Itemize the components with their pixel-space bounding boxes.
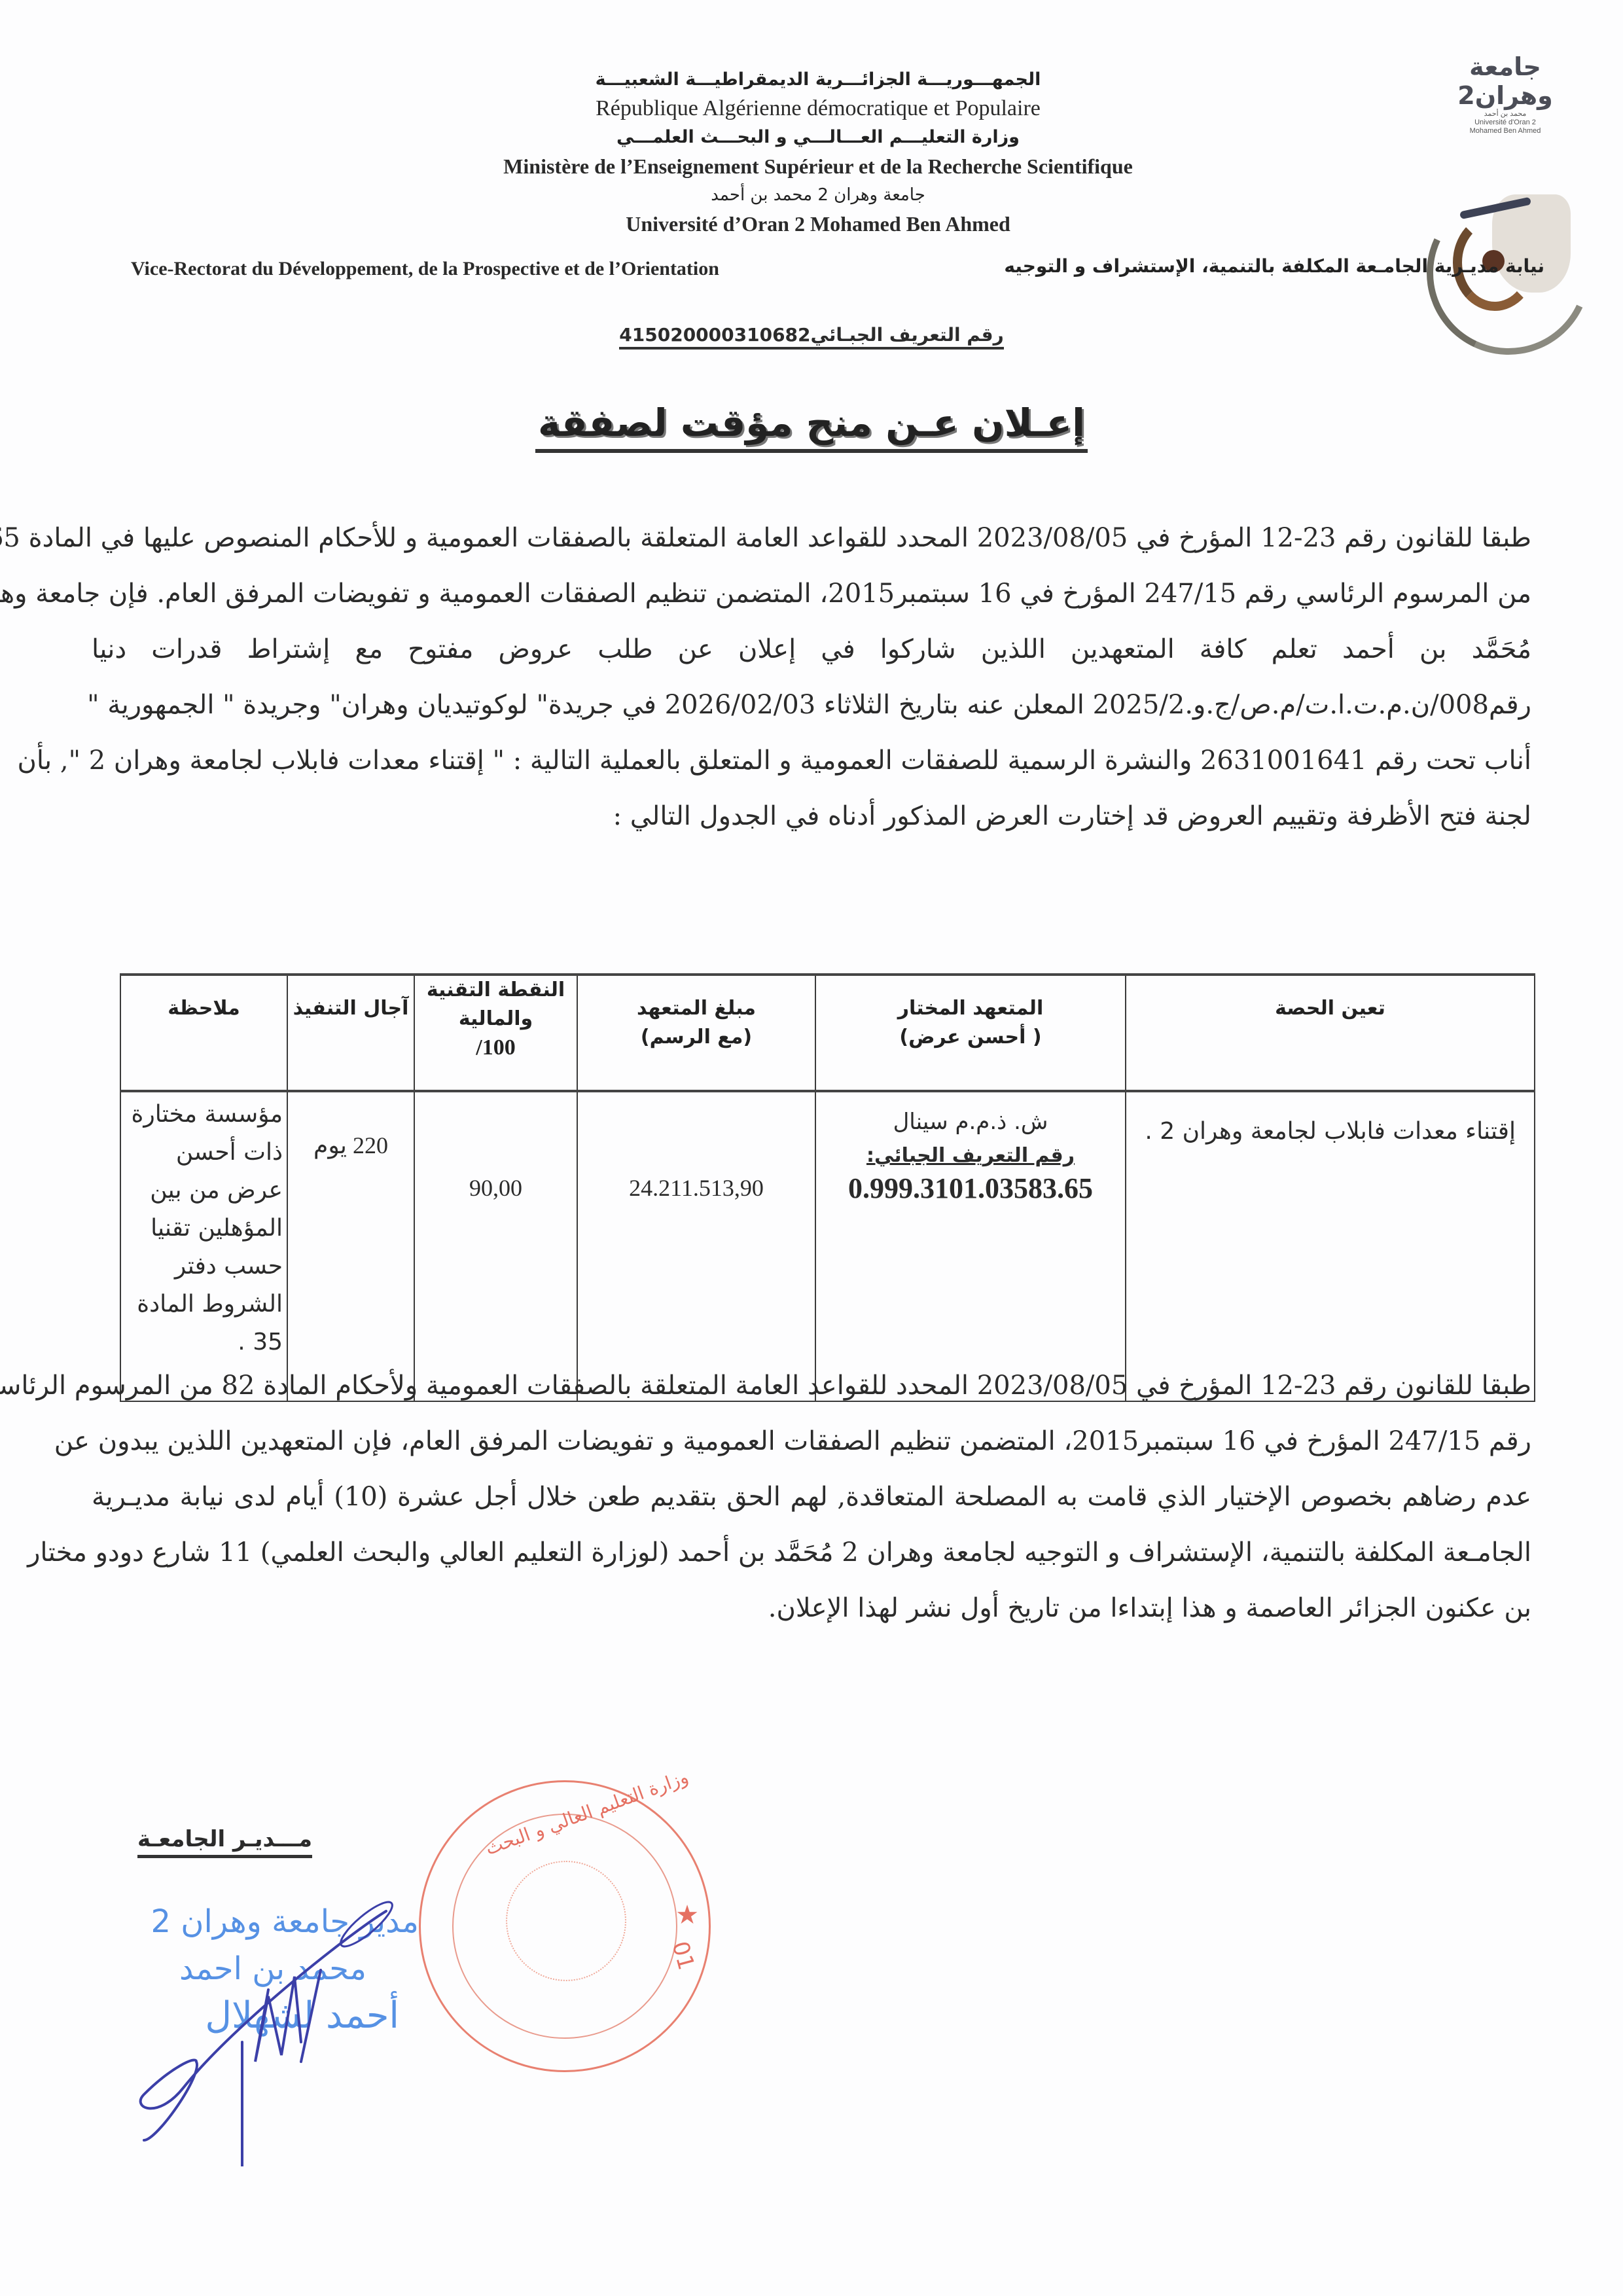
bidder-nif: 0.999.3101.03583.65: [817, 1172, 1124, 1206]
header-score: النقطة التقنيةوالمالية100/: [414, 975, 577, 1091]
header-delay: آجال التنفيذ: [287, 975, 414, 1091]
republic-fr: République Algérienne démocratique et Po…: [366, 94, 1270, 123]
logo-sub-ar: محمد بن أحمد: [1420, 110, 1590, 118]
logo-title: جامعة وهران2: [1420, 52, 1590, 110]
paragraph-appeal: طبقا للقانون رقم 23-12 المؤرخ في 2023/08…: [92, 1358, 1531, 1636]
header-amount: مبلغ المتعهد(مع الرسم): [577, 975, 815, 1091]
seal-number: 01: [666, 1939, 699, 1973]
paragraph-line: لجنة فتح الأظرفة وتقييم العروض قد إختارت…: [92, 789, 1531, 844]
cell-note: مؤسسة مختارة ذات أحسن عرض من بين المؤهلي…: [120, 1091, 287, 1401]
ministry-ar: وزارة التعليـــم العـــالـــي و البحـــث…: [366, 123, 1270, 152]
cell-amount: 24.211.513,90: [577, 1091, 815, 1401]
award-table: تعين الحصة المتعهد المختار( أحسن عرض) مب…: [120, 973, 1535, 1402]
table-row: إقتناء معدات فابلاب لجامعة وهران 2 . ش. …: [120, 1091, 1535, 1401]
paragraph-line: الجامـعة المكلفة بالتنمية، الإستشراف و ا…: [92, 1525, 1531, 1581]
tax-id: رقم التعريف الجبـائي415020000310682: [0, 324, 1623, 346]
ministry-fr: Ministère de l’Enseignement Supérieur et…: [366, 152, 1270, 181]
star-icon: ★: [675, 1900, 699, 1930]
paragraph-line: رقم008/ن.م.ت.ا.ت/م.ص/ج.و.2025/2 المعلن ع…: [92, 677, 1531, 733]
tax-id-value: 415020000310682: [619, 324, 810, 350]
cell-delay: 220 يوم: [287, 1091, 414, 1401]
bidder-nif-label: رقم التعريف الجبائي:: [817, 1140, 1124, 1172]
handwritten-signature-icon: [105, 1892, 406, 2166]
university-logo: جامعة وهران2 محمد بن أحمد Université d'O…: [1420, 52, 1590, 249]
logo-sub-fr-2: Mohamed Ben Ahmed: [1420, 127, 1590, 135]
official-seal: وزارة التعليم العالي و البحث ★ 01: [419, 1780, 711, 2072]
vice-rectorate-ar: نيابة مديـرية الجامـعة المكلفة بالتنمية،…: [1004, 255, 1544, 277]
table-header-row: تعين الحصة المتعهد المختار( أحسن عرض) مب…: [120, 975, 1535, 1091]
paragraph-line: أناب تحت رقم 2631001641 والنشرة الرسمية …: [92, 733, 1531, 789]
university-ar: جامعة وهران 2 محمد بن أحمد: [366, 181, 1270, 209]
cell-lot: إقتناء معدات فابلاب لجامعة وهران 2 .: [1126, 1091, 1535, 1401]
header-bidder: المتعهد المختار( أحسن عرض): [815, 975, 1126, 1091]
cell-score: 90,00: [414, 1091, 577, 1401]
seal-emblem-icon: [506, 1861, 626, 1981]
paragraph-line: عدم رضاهم بخصوص الإختيار الذي قامت به ال…: [92, 1469, 1531, 1525]
paragraph-line: من المرسوم الرئاسي رقم 247/15 المؤرخ في …: [92, 566, 1531, 622]
header-note: ملاحظة: [120, 975, 287, 1091]
paragraph-line: مُحَمَّد بن أحمد تعلم كافة المتعهدين الل…: [92, 622, 1531, 677]
document-title-wrap: إعـلان عـن منح مؤقت لصفقة: [0, 401, 1623, 445]
header-lot: تعين الحصة: [1126, 975, 1535, 1091]
vice-rectorate-fr: Vice-Rectorat du Développement, de la Pr…: [131, 258, 719, 280]
paragraph-line: طبقا للقانون رقم 23-12 المؤرخ في 2023/08…: [92, 511, 1531, 566]
republic-ar: الجمهـــوريـــة الجزائـــرية الديمقراطيـ…: [366, 65, 1270, 94]
paragraph-line: بن عكنون الجزائر العاصمة و هذا إبتداءا م…: [92, 1581, 1531, 1636]
bidder-name: ش. ذ.م.م سينال: [817, 1104, 1124, 1140]
paragraph-intro: طبقا للقانون رقم 23-12 المؤرخ في 2023/08…: [92, 511, 1531, 844]
letterhead: الجمهـــوريـــة الجزائـــرية الديمقراطيـ…: [366, 65, 1270, 238]
university-fr: Université d’Oran 2 Mohamed Ben Ahmed: [366, 209, 1270, 238]
paragraph-line: رقم 247/15 المؤرخ في 16 سبتمبر2015، المت…: [92, 1414, 1531, 1469]
paragraph-line: طبقا للقانون رقم 23-12 المؤرخ في 2023/08…: [92, 1358, 1531, 1414]
signatory-title: مـــديـر الجامعـة: [137, 1826, 312, 1858]
tax-id-label: رقم التعريف الجبـائي: [811, 324, 1004, 350]
logo-sub-fr-1: Université d'Oran 2: [1420, 118, 1590, 127]
cell-bidder: ش. ذ.م.م سينال رقم التعريف الجبائي: 0.99…: [815, 1091, 1126, 1401]
signatory-title-wrap: مـــديـر الجامعـة: [137, 1826, 312, 1852]
document-title: إعـلان عـن منح مؤقت لصفقة: [535, 401, 1088, 453]
